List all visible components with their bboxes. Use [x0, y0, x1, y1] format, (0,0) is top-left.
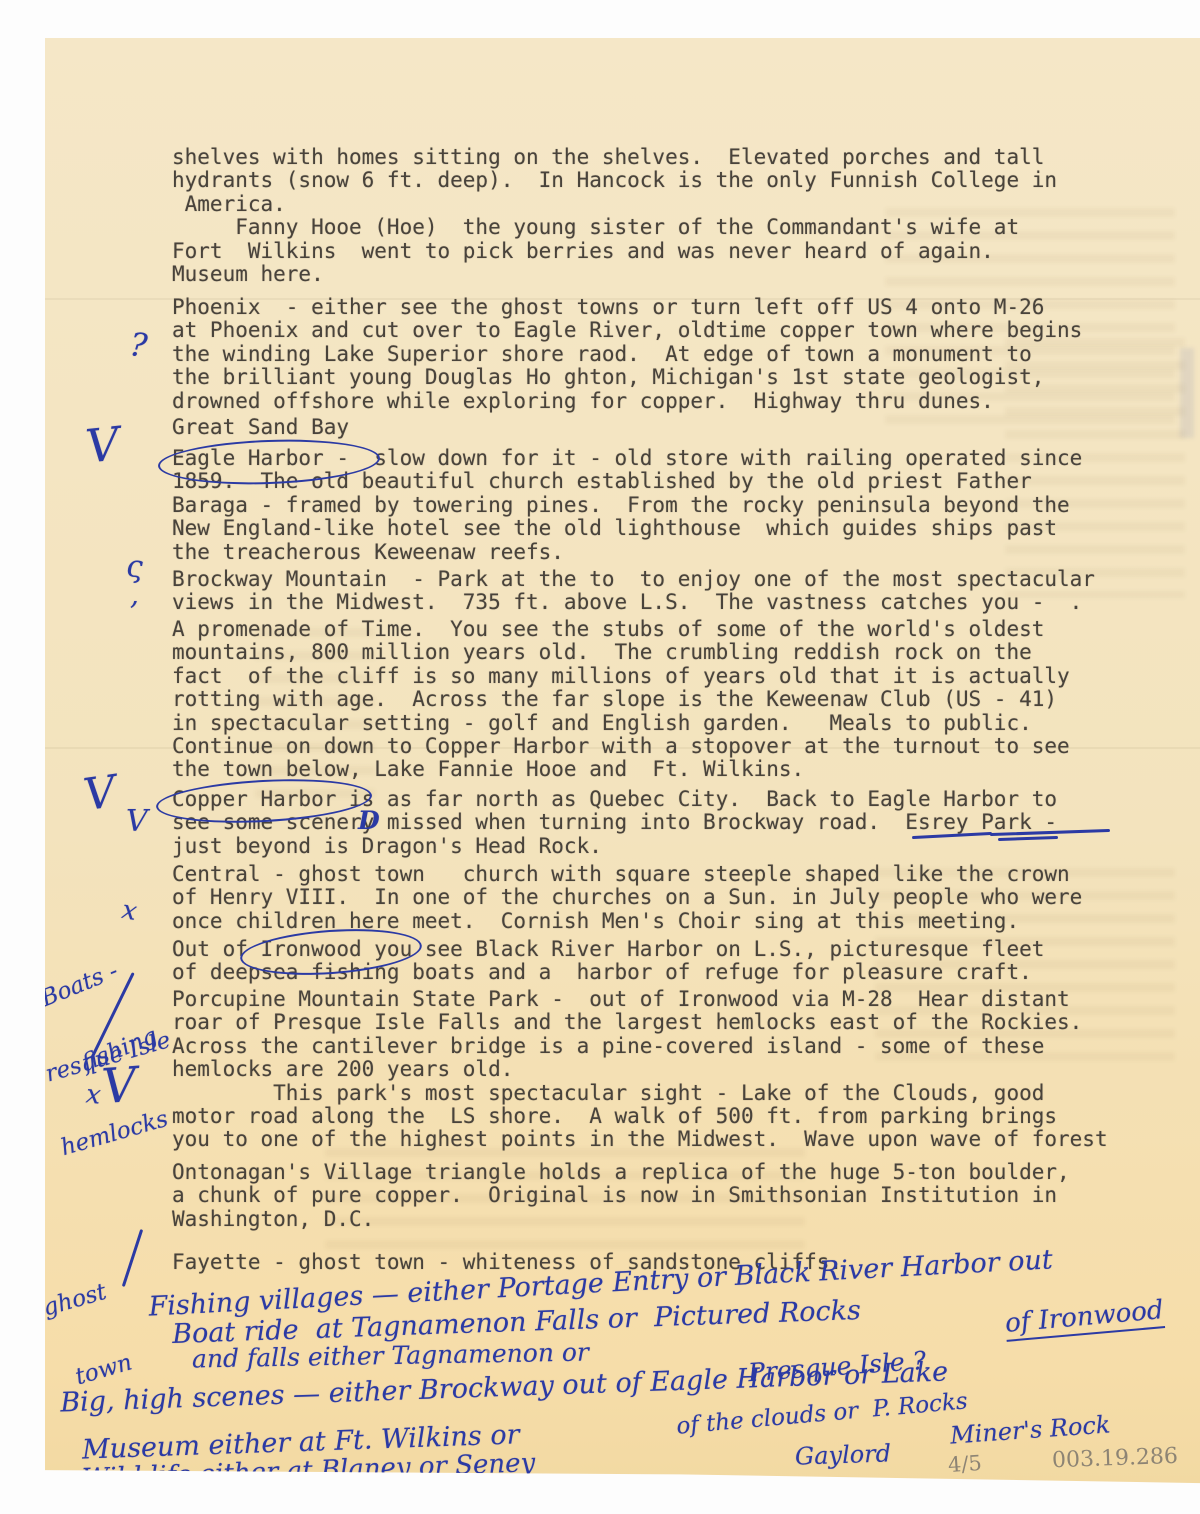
typed-paragraph: Porcupine Mountain State Park - out of I… [172, 988, 1108, 1152]
ink-bleedthrough [1180, 348, 1194, 438]
cross-central: x [120, 895, 140, 927]
hw-footer-line-lake-of-clouds: of the clouds or P. Rocks [675, 1388, 968, 1439]
typed-line: views in the Midwest. 735 ft. above L.S.… [172, 591, 1095, 614]
typed-paragraph: Phoenix - either see the ghost towns or … [172, 296, 1082, 413]
typed-line: shelves with homes sitting on the shelve… [172, 146, 1057, 169]
typed-paragraph: Central - ghost town church with square … [172, 863, 1082, 933]
typed-line: mountains, 800 million years old. The cr… [172, 641, 1070, 664]
screenshot-root: { "colors": { "ink_blue": "#2b3aa4", "ty… [0, 0, 1200, 1514]
typed-line: in spectacular setting - golf and Englis… [172, 712, 1070, 735]
typed-line: just beyond is Dragon's Head Rock. [172, 835, 1057, 858]
dragon-d-correction: D [358, 806, 380, 835]
typed-line: New England-like hotel see the old light… [172, 517, 1082, 540]
page-fraction: 4/5 [947, 1451, 982, 1477]
typed-paragraph: shelves with homes sitting on the shelve… [172, 146, 1057, 286]
typed-paragraph: Brockway Mountain - Park at the to to en… [172, 568, 1095, 615]
typed-line: fact of the cliff is so many millions of… [172, 665, 1070, 688]
hw-footer-line-of-ironwood: of Ironwood [1004, 1295, 1165, 1342]
typed-line: Central - ghost town church with square … [172, 863, 1082, 886]
typed-line: Washington, D.C. [172, 1208, 1070, 1231]
typed-line: Phoenix - either see the ghost towns or … [172, 296, 1082, 319]
typed-line: Baraga - framed by towering pines. From … [172, 494, 1082, 517]
typed-line: A promenade of Time. You see the stubs o… [172, 618, 1070, 641]
margin-note-line: ghost [41, 1278, 115, 1321]
margin-note-line: hemlocks [49, 1100, 195, 1164]
squiggle-comma-brockway: , [130, 578, 139, 611]
typed-line: hemlocks are 200 years old. [172, 1058, 1108, 1081]
typed-paragraph: Great Sand Bay [172, 416, 349, 439]
typed-line: once children here meet. Cornish Men's C… [172, 910, 1082, 933]
typed-line: a chunk of pure copper. Original is now … [172, 1184, 1070, 1207]
typed-line: rotting with age. Across the far slope i… [172, 688, 1070, 711]
typed-line: at Phoenix and cut over to Eagle River, … [172, 319, 1082, 342]
typed-line: Across the cantilever bridge is a pine-c… [172, 1035, 1108, 1058]
typed-line: Brockway Mountain - Park at the to to en… [172, 568, 1095, 591]
catalog-number: 003.19.286 [1052, 1444, 1179, 1473]
checkmark-esrey: V [126, 804, 148, 839]
typed-line: Continue on down to Copper Harbor with a… [172, 735, 1070, 758]
typed-line: America. [172, 193, 1057, 216]
typed-line: you to one of the highest points in the … [172, 1128, 1108, 1151]
typed-line: the town below, Lake Fannie Hooe and Ft.… [172, 758, 1070, 781]
typed-line: Porcupine Mountain State Park - out of I… [172, 988, 1108, 1011]
typed-paragraph: A promenade of Time. You see the stubs o… [172, 618, 1070, 782]
typed-line: motor road along the LS shore. A walk of… [172, 1105, 1108, 1128]
typed-line: This park's most spectacular sight - Lak… [172, 1082, 1108, 1105]
typed-line: drowned offshore while exploring for cop… [172, 390, 1082, 413]
typed-paragraph: Ontonagan's Village triangle holds a rep… [172, 1161, 1070, 1231]
typed-line: Fanny Hooe (Hoe) the young sister of the… [172, 216, 1057, 239]
check-slash-ghost [122, 1229, 143, 1287]
hw-footer-line-miners-rock: Miner's Rock [949, 1410, 1111, 1449]
typed-line: Fort Wilkins went to pick berries and wa… [172, 240, 1057, 263]
typed-line: roar of Presque Isle Falls and the large… [172, 1011, 1108, 1034]
typed-line: hydrants (snow 6 ft. deep). In Hancock i… [172, 169, 1057, 192]
typed-line: Ontonagan's Village triangle holds a rep… [172, 1161, 1070, 1184]
typed-line: Museum here. [172, 263, 1057, 286]
typed-line: Great Sand Bay [172, 416, 349, 439]
paper-page: shelves with homes sitting on the shelve… [45, 38, 1200, 1486]
typed-line: of Henry VIII. In one of the churches on… [172, 886, 1082, 909]
typed-line: the winding Lake Superior shore raod. At… [172, 343, 1082, 366]
question-mark-phoenix: ? [128, 325, 149, 365]
checkmark-eagle-harbor: V [83, 416, 122, 473]
hw-footer-line-and-falls: and falls either Tagnamenon or [192, 1338, 589, 1374]
checkmark-copper-harbor: V [81, 766, 120, 821]
typed-line: the brilliant young Douglas Ho ghton, Mi… [172, 366, 1082, 389]
typed-line: the treacherous Keweenaw reefs. [172, 541, 1082, 564]
hw-footer-line-gaylord: Gaylord [795, 1439, 892, 1470]
